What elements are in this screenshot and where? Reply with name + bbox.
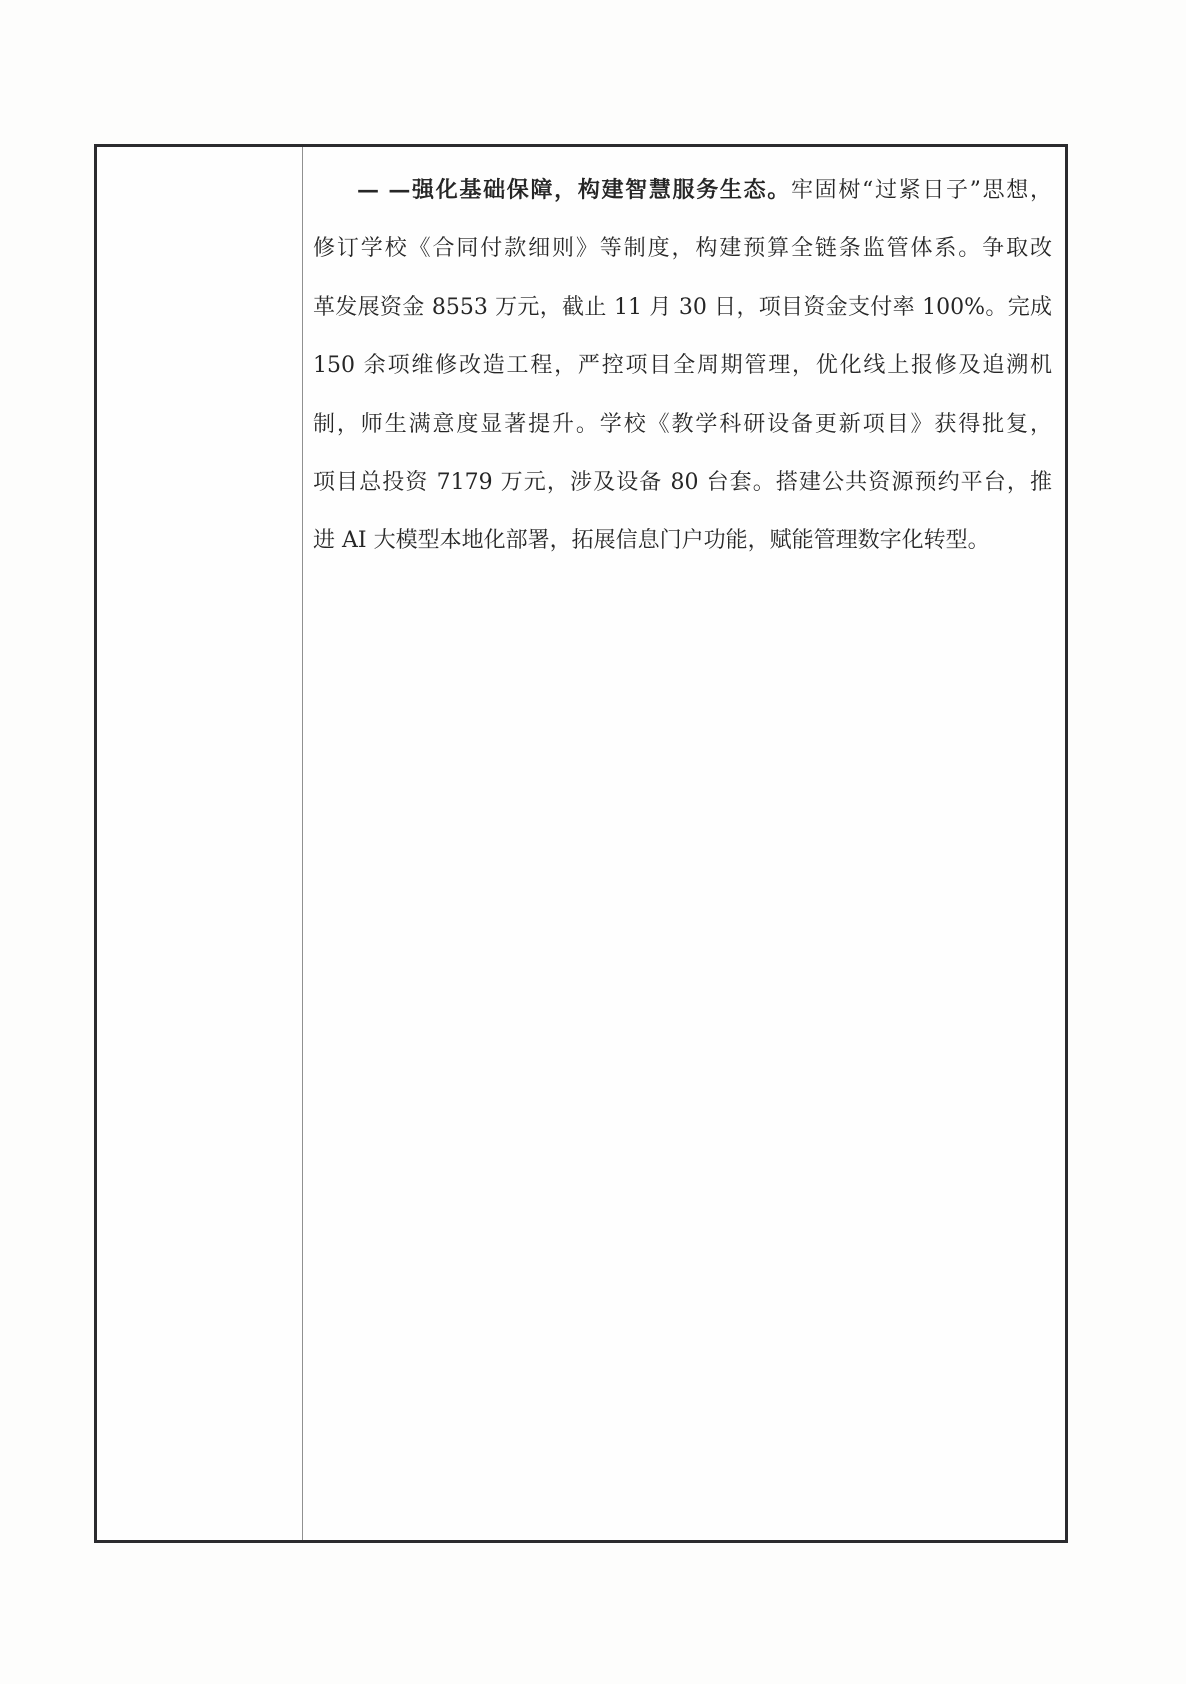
- text-line-4: 150 余项维修改造工程，严控项目全周期管理，优化线上报修及追溯机: [313, 337, 1052, 395]
- table-cell-left-empty: [97, 147, 303, 1540]
- text-line-5: 制，师生满意度显著提升。学校《教学科研设备更新项目》获得批复，: [313, 396, 1052, 454]
- table-cell-content: — —强化基础保障，构建智慧服务生态。牢固树“过紧日子”思想， 修订学校《合同付…: [303, 147, 1065, 1540]
- paragraph-lead-bold: — —强化基础保障，构建智慧服务生态。: [357, 177, 791, 203]
- text-line-3: 革发展资金 8553 万元，截止 11 月 30 日，项目资金支付率 100%。…: [313, 279, 1052, 337]
- document-table: — —强化基础保障，构建智慧服务生态。牢固树“过紧日子”思想， 修订学校《合同付…: [94, 144, 1068, 1543]
- paragraph: — —强化基础保障，构建智慧服务生态。牢固树“过紧日子”思想， 修订学校《合同付…: [313, 161, 1052, 571]
- text-line-7: 进 AI 大模型本地化部署，拓展信息门户功能，赋能管理数字化转型。: [313, 512, 1052, 570]
- text-line-6: 项目总投资 7179 万元，涉及设备 80 台套。搭建公共资源预约平台，推: [313, 454, 1052, 512]
- document-page: — —强化基础保障，构建智慧服务生态。牢固树“过紧日子”思想， 修订学校《合同付…: [0, 0, 1186, 1684]
- paragraph-line-text: 牢固树“过紧日子”思想，: [791, 178, 1052, 203]
- text-line-2: 修订学校《合同付款细则》等制度，构建预算全链条监管体系。争取改: [313, 220, 1052, 278]
- text-line-1: — —强化基础保障，构建智慧服务生态。牢固树“过紧日子”思想，: [313, 161, 1052, 220]
